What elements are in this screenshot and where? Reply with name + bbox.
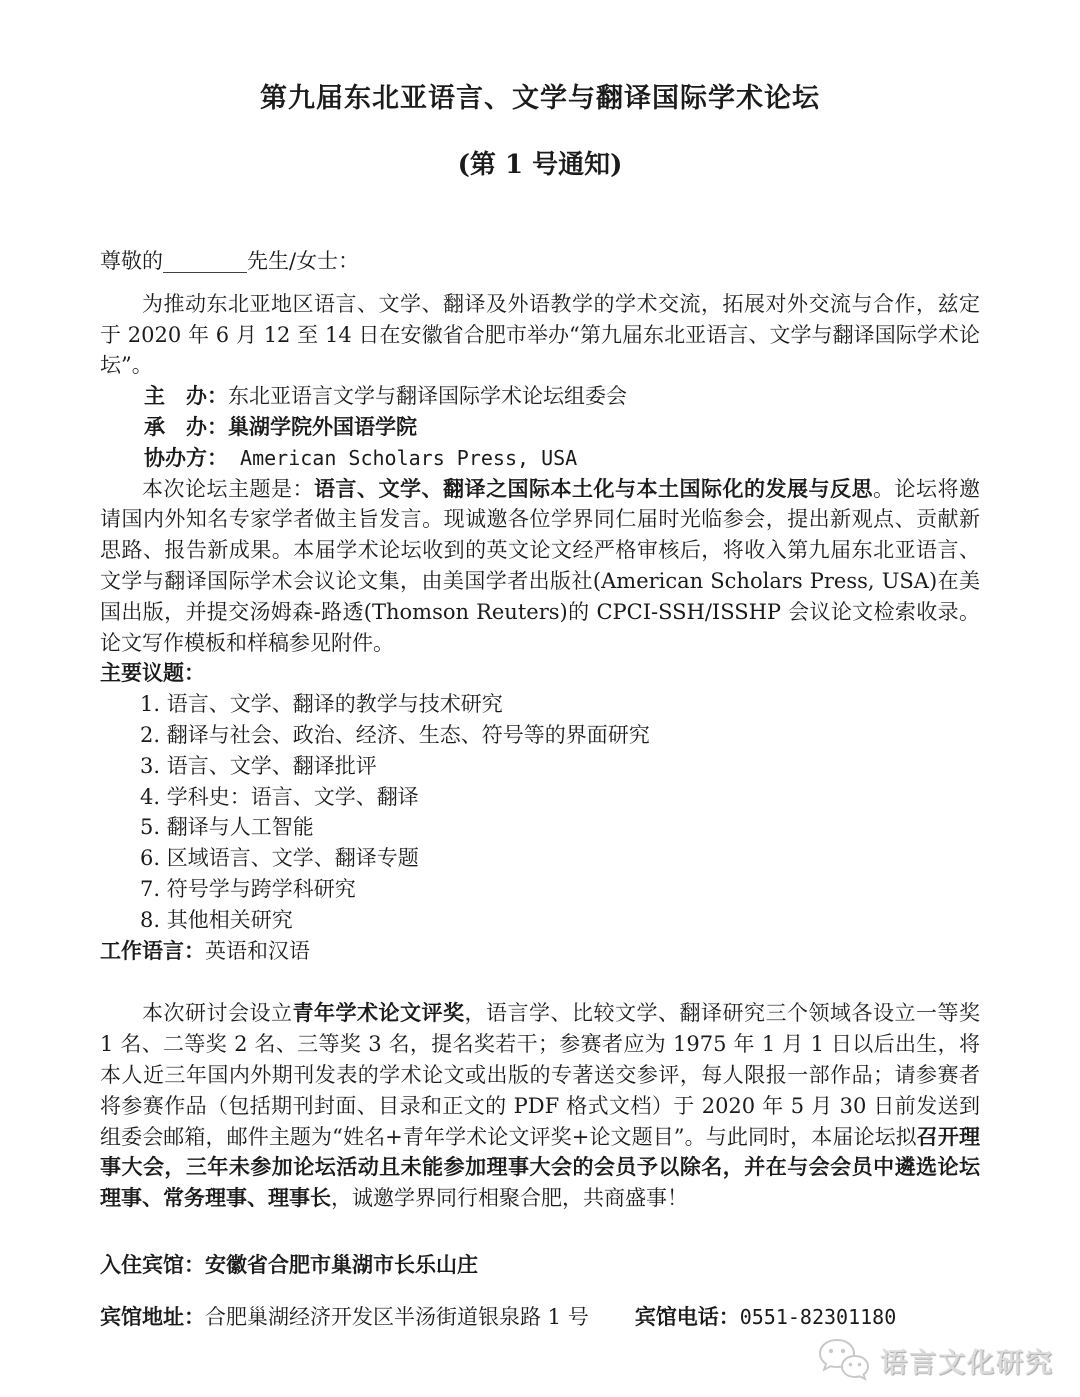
working-language-value: 英语和汉语 (205, 939, 310, 963)
text-segment: 青年学术论文评奖 (293, 1000, 465, 1025)
hotel-stay-value: 安徽省合肥市巢湖市长乐山庄 (205, 1252, 478, 1277)
organizer-undertaker-label: 承 办： (144, 414, 228, 439)
topic-item: 4. 学科史：语言、文学、翻译 (100, 782, 980, 813)
topic-item: 5. 翻译与人工智能 (100, 812, 980, 843)
document-title: 第九届东北亚语言、文学与翻译国际学术论坛 (100, 82, 980, 116)
topic-item: 7. 符号学与跨学科研究 (100, 874, 980, 905)
hotel-address-label: 宾馆地址： (100, 1304, 205, 1329)
document-content: 第九届东北亚语言、文学与翻译国际学术论坛 (第 1 号通知) 尊敬的______… (0, 0, 1080, 1333)
name-blank: ________ (163, 249, 247, 273)
salutation: 尊敬的________先生/女士： (100, 246, 980, 277)
hotel-phone-label: 宾馆电话： (635, 1304, 740, 1329)
hotel-address-line: 宾馆地址：合肥巢湖经济开发区半汤街道银泉路 1 号宾馆电话：0551-82301… (100, 1302, 980, 1333)
organizer-host: 主 办：东北亚语言文学与翻译国际学术论坛组委会 (100, 381, 980, 412)
text-segment: ，诚邀学界同行相聚合肥，共商盛事！ (331, 1186, 688, 1210)
theme-paragraph: 本次论坛主题是：语言、文学、翻译之国际本土化与本土国际化的发展与反思。论坛将邀请… (100, 474, 980, 659)
organizer-host-label: 主 办： (144, 383, 228, 408)
text-segment: 本次论坛主题是： (142, 477, 314, 501)
text-segment: 本次研讨会设立 (142, 1001, 293, 1025)
salutation-suffix: 先生/女士： (247, 249, 359, 273)
text-segment: 。论坛将邀请国内外知名专家学者做主旨发言。现诚邀各位学界同仁届时光临参会，提出新… (100, 477, 980, 655)
topic-item: 3. 语言、文学、翻译批评 (100, 751, 980, 782)
topics-heading: 主要议题： (100, 658, 980, 689)
organizer-coorganizer-name: American Scholars Press, USA (240, 446, 577, 470)
topic-item: 8. 其他相关研究 (100, 905, 980, 936)
notice-number: (第 1 号通知) (100, 148, 980, 182)
organizer-undertaker: 承 办：巢湖学院外国语学院 (100, 412, 980, 443)
organizer-coorganizer-label: 协办方： (144, 445, 228, 470)
hotel-phone-value: 0551-82301180 (740, 1305, 897, 1329)
hotel-phone-group: 宾馆电话：0551-82301180 (635, 1305, 897, 1329)
hotel-address-value: 合肥巢湖经济开发区半汤街道银泉路 1 号 (205, 1305, 589, 1329)
text-segment: 语言、文学、翻译之国际本土化与本土国际化的发展与反思 (314, 476, 873, 501)
wechat-icon (816, 1337, 870, 1383)
topic-item: 6. 区域语言、文学、翻译专题 (100, 843, 980, 874)
salutation-prefix: 尊敬的 (100, 249, 163, 273)
topic-item: 1. 语言、文学、翻译的教学与技术研究 (100, 689, 980, 720)
watermark-text: 语言文化研究 (880, 1341, 1054, 1380)
organizer-coorganizer: 协办方： American Scholars Press, USA (100, 443, 980, 474)
topic-item: 2. 翻译与社会、政治、经济、生态、符号等的界面研究 (100, 720, 980, 751)
organizer-coorganizer-value (228, 446, 240, 470)
hotel-stay-label: 入住宾馆： (100, 1252, 205, 1277)
organizer-list: 主 办：东北亚语言文学与翻译国际学术论坛组委会 承 办：巢湖学院外国语学院 协办… (100, 381, 980, 473)
working-language-label: 工作语言： (100, 938, 205, 963)
hotel-stay-line: 入住宾馆：安徽省合肥市巢湖市长乐山庄 (100, 1250, 980, 1281)
topics-list: 1. 语言、文学、翻译的教学与技术研究2. 翻译与社会、政治、经济、生态、符号等… (100, 689, 980, 935)
watermark: 语言文化研究 (816, 1337, 1054, 1383)
organizer-host-value: 东北亚语言文学与翻译国际学术论坛组委会 (228, 384, 627, 408)
organizer-undertaker-value: 巢湖学院外国语学院 (228, 414, 417, 439)
intro-paragraph: 为推动东北亚地区语言、文学、翻译及外语教学的学术交流，拓展对外交流与合作，兹定于… (100, 289, 980, 381)
award-paragraph: 本次研讨会设立青年学术论文评奖，语言学、比较文学、翻译研究三个领域各设立一等奖 … (100, 998, 980, 1214)
document-page: 第九届东北亚语言、文学与翻译国际学术论坛 (第 1 号通知) 尊敬的______… (0, 0, 1080, 1397)
working-language-line: 工作语言：英语和汉语 (100, 936, 980, 967)
